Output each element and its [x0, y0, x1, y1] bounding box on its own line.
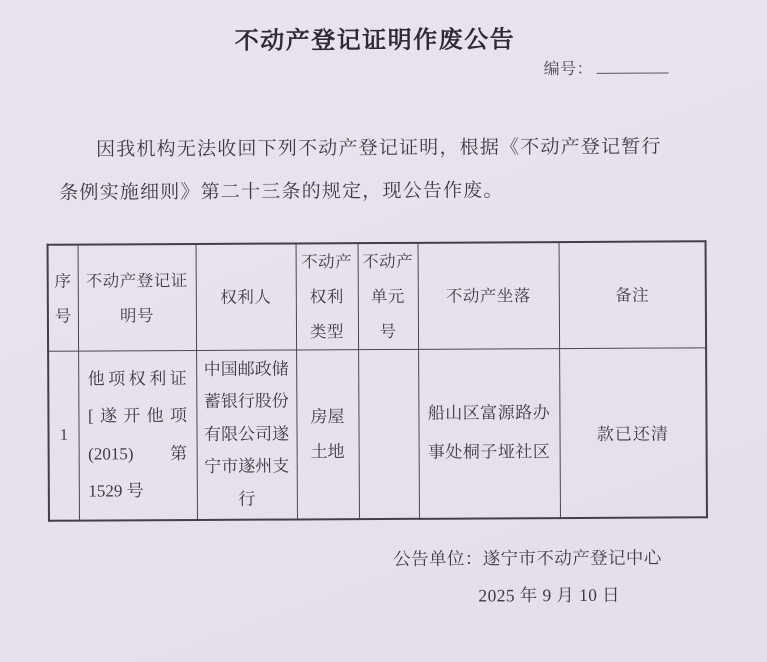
doc-number-blank-line — [596, 60, 668, 74]
table-row: 1 他项权利证[遂开他项(2015) 第1529 号 中国邮政储蓄银行股份有限公… — [48, 348, 707, 520]
header-right-type: 不动产权利类型 — [296, 243, 359, 350]
header-holder: 权利人 — [196, 243, 297, 350]
header-location: 不动产坐落 — [418, 242, 560, 349]
document-page: 不动产登记证明作废公告 编号： 因我机构无法收回下列不动产登记证明，根据《不动产… — [0, 0, 767, 662]
doc-number-row: 编号： — [544, 56, 669, 80]
header-seq: 序号 — [48, 245, 79, 352]
page-title: 不动产登记证明作废公告 — [0, 18, 766, 57]
cell-unit-no — [358, 349, 419, 518]
table-header-row: 序号 不动产登记证明号 权利人 不动产权利类型 不动产单元号 不动产坐落 备注 — [48, 241, 707, 351]
certificates-table: 序号 不动产登记证明号 权利人 不动产权利类型 不动产单元号 不动产坐落 备注 … — [47, 240, 708, 521]
date-line: 2025 年 9 月 10 日 — [478, 582, 620, 608]
cell-seq: 1 — [48, 351, 79, 520]
cell-cert-no: 他项权利证[遂开他项(2015) 第1529 号 — [78, 350, 197, 520]
cell-remark: 款已还清 — [559, 348, 707, 518]
notice-paragraph: 因我机构无法收回下列不动产登记证明，根据《不动产登记暂行条例实施细则》第二十三条… — [59, 125, 719, 214]
scanned-content: 不动产登记证明作废公告 编号： 因我机构无法收回下列不动产登记证明，根据《不动产… — [0, 0, 767, 662]
cell-right-type: 房屋土地 — [296, 350, 359, 519]
issuer-name: 遂宁市不动产登记中心 — [483, 548, 662, 569]
doc-number-label: 编号： — [544, 61, 594, 78]
cell-holder: 中国邮政储蓄银行股份有限公司遂宁市遂州支行 — [196, 350, 297, 520]
issuer-line: 公告单位：遂宁市不动产登记中心 — [393, 545, 662, 571]
cert-no-text: 他项权利证[遂开他项(2015) 第1529 号 — [79, 360, 197, 511]
header-cert-no: 不动产登记证明号 — [78, 244, 197, 351]
header-unit-no: 不动产单元号 — [358, 243, 419, 350]
header-remark: 备注 — [559, 241, 707, 348]
cell-location: 船山区富源路办事处桐子垭社区 — [418, 349, 560, 519]
issuer-label: 公告单位： — [393, 548, 483, 568]
